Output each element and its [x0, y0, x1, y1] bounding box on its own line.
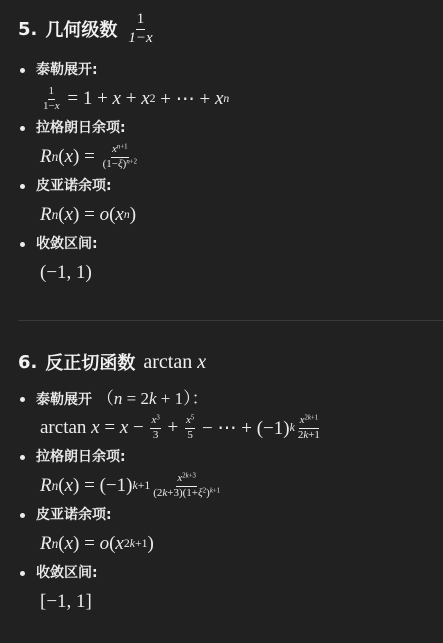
item-label: 拉格朗日余项:	[36, 447, 443, 467]
item-label: 皮亚诺余项:	[36, 176, 443, 196]
heading-title: 几何级数	[45, 16, 117, 42]
section-geometric-series: 5. 几何级数 1 1−x 泰勒展开: 11−x = 1 + x + x2 + …	[18, 12, 443, 292]
formula-taylor: arctan x = x − x33 + x55 − ⋯ + (−1)k x2k…	[36, 409, 443, 447]
list-item: 泰勒展开 （n = 2k + 1）： arctan x = x − x33 + …	[18, 389, 443, 447]
list-item: 泰勒展开: 11−x = 1 + x + x2 + ⋯ + xn	[18, 60, 443, 118]
formula-taylor: 11−x = 1 + x + x2 + ⋯ + xn	[36, 80, 443, 118]
formula-peano: Rn(x) = o(x2k+1)	[36, 525, 443, 563]
list-item: 皮亚诺余项: Rn(x) = o(xn)	[18, 176, 443, 234]
heading-arctan: 6. 反正切函数 arctan x	[18, 345, 443, 379]
formula-lagrange: Rn(x) = xn+1(1−ξ)n+2	[36, 138, 443, 176]
formula-peano: Rn(x) = o(xn)	[36, 196, 443, 234]
heading-math: 1 1−x	[127, 12, 153, 47]
item-label: 泰勒展开:	[36, 60, 443, 80]
item-label: 泰勒展开 （n = 2k + 1）：	[36, 389, 443, 409]
formula-interval: (−1, 1)	[36, 254, 443, 292]
item-label: 收敛区间:	[36, 563, 443, 583]
formula-lagrange: Rn(x) = (−1)k+1 x2k+3(2k+3)(1+ξ2)k+1	[36, 467, 443, 505]
list-item: 收敛区间: (−1, 1)	[18, 234, 443, 292]
list-item: 拉格朗日余项: Rn(x) = (−1)k+1 x2k+3(2k+3)(1+ξ2…	[18, 447, 443, 505]
section-divider	[18, 320, 443, 321]
list-item: 皮亚诺余项: Rn(x) = o(x2k+1)	[18, 505, 443, 563]
heading-number: 5.	[18, 19, 37, 40]
list-item: 收敛区间: [−1, 1]	[18, 563, 443, 621]
heading-geometric-series: 5. 几何级数 1 1−x	[18, 12, 443, 46]
item-label: 拉格朗日余项:	[36, 118, 443, 138]
heading-math: arctan x	[143, 351, 206, 374]
heading-number: 6.	[18, 352, 37, 373]
list-item: 拉格朗日余项: Rn(x) = xn+1(1−ξ)n+2	[18, 118, 443, 176]
item-label: 皮亚诺余项:	[36, 505, 443, 525]
section-arctan: 6. 反正切函数 arctan x 泰勒展开 （n = 2k + 1）： arc…	[18, 345, 443, 621]
formula-interval: [−1, 1]	[36, 583, 443, 621]
item-label: 收敛区间:	[36, 234, 443, 254]
heading-title: 反正切函数	[45, 349, 135, 375]
